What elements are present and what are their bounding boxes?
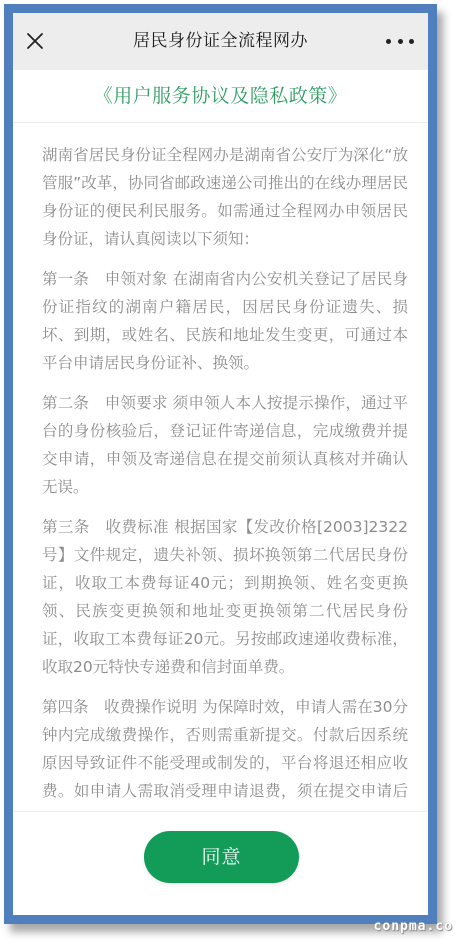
agreement-heading: 《用户服务协议及隐私政策》 [13,70,428,123]
paragraph-article-4: 第四条 收费操作说明 为保障时效，申请人需在30分钟内完成缴费操作，否则需重新提… [42,693,408,806]
more-dots-icon [386,39,391,44]
more-dots-icon [409,39,414,44]
more-dots-icon [398,39,403,44]
paragraph-article-2: 第二条 申领要求 须申领人本人按提示操作，通过平台的身份核验后，登记证件寄递信息… [42,389,408,501]
screenshot-frame: 居民身份证全流程网办 《用户服务协议及隐私政策》 湖南省居民身份证全程网办是湖南… [4,4,437,924]
page-title: 居民身份证全流程网办 [73,13,368,70]
close-x-icon [25,31,45,51]
agree-button[interactable]: 同意 [144,831,299,883]
agreement-content[interactable]: 湖南省居民身份证全程网办是湖南省公安厅为深化“放管服”改革，协同省邮政速递公司推… [42,141,408,806]
paragraph-intro: 湖南省居民身份证全程网办是湖南省公安厅为深化“放管服”改革，协同省邮政速递公司推… [42,141,408,253]
paragraph-article-3: 第三条 收费标准 根据国家【发改价格[2003]2322号】文件规定，遗失补领、… [42,513,408,681]
close-button[interactable] [25,31,45,51]
watermark-text: conpma.co [374,919,453,934]
more-options-button[interactable] [386,31,414,51]
phone-screen: 居民身份证全流程网办 《用户服务协议及隐私政策》 湖南省居民身份证全程网办是湖南… [13,13,428,915]
top-navbar: 居民身份证全流程网办 [13,13,428,70]
footer-divider [13,811,428,812]
paragraph-article-1: 第一条 申领对象 在湖南省内公安机关登记了居民身份证指纹的湖南户籍居民，因居民身… [42,265,408,377]
